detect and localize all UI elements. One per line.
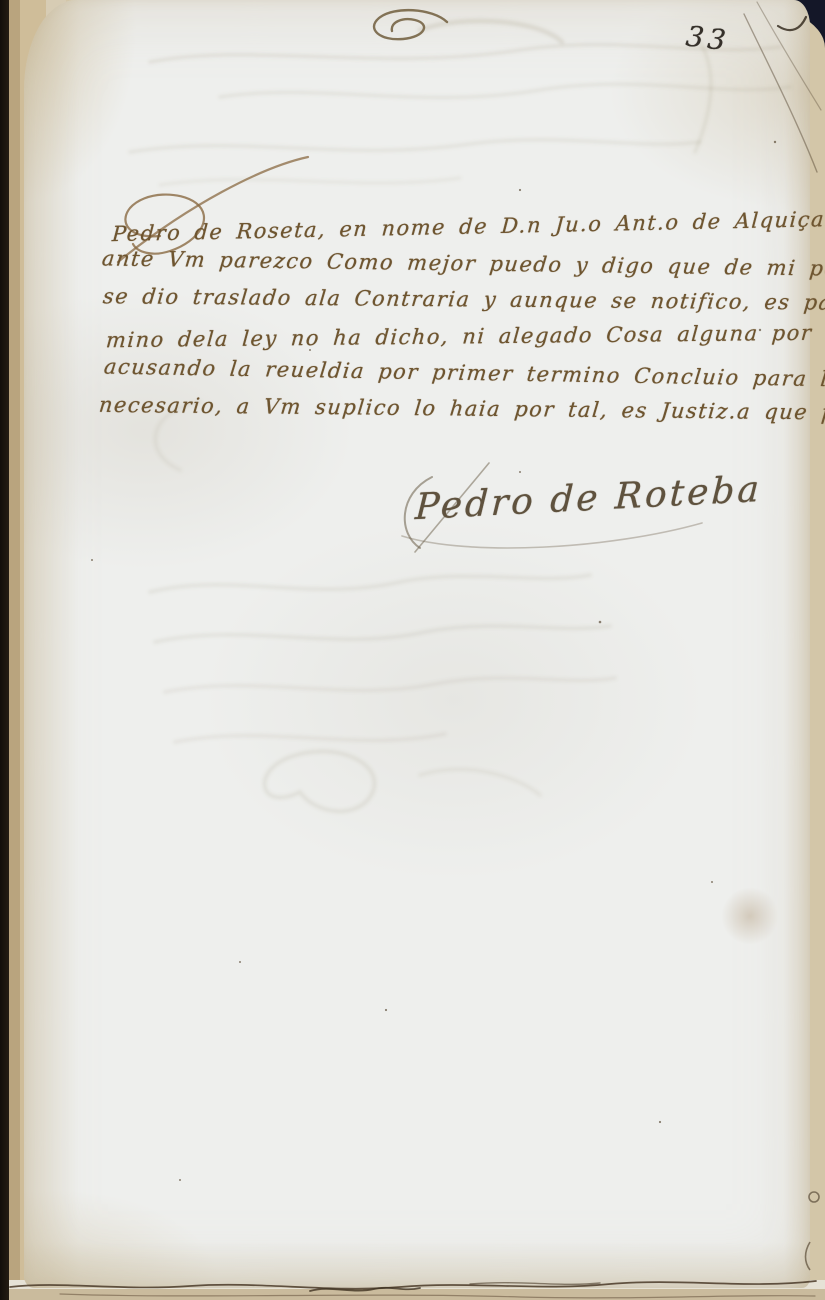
binding-edge (0, 0, 9, 1300)
manuscript-scan: 33 Pedro de Roseta, en nome de D.n Ju.o … (0, 0, 825, 1300)
folio-number: 33 (684, 19, 731, 57)
paper-sheet (24, 0, 810, 1288)
